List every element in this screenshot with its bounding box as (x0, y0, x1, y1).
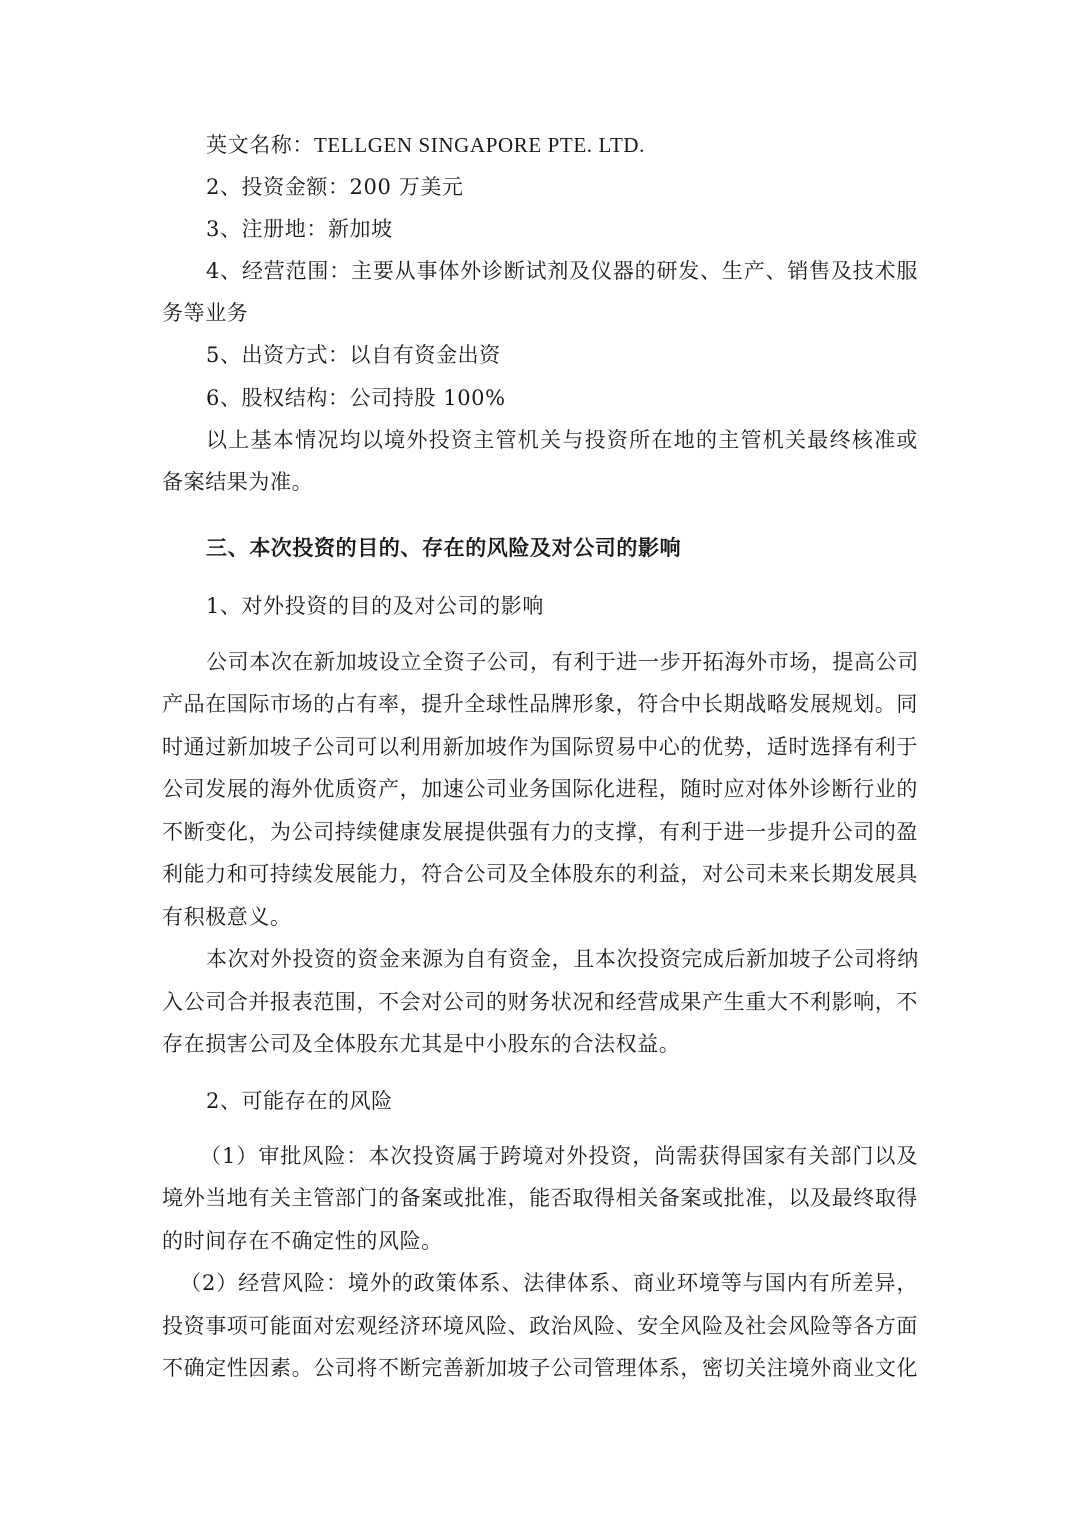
paragraph-line: 境外当地有关主管部门的备案或批准，能否取得相关备案或批准，以及最终取得 (162, 1184, 918, 1212)
document-page: 英文名称：TELLGEN SINGAPORE PTE. LTD. 2、投资金额：… (0, 0, 1080, 1527)
equity-structure-line: 6、股权结构：公司持股 100% (206, 384, 506, 412)
paragraph-line: 投资事项可能面对宏观经济环境风险、政治风险、安全风险及社会风险等各方面 (162, 1312, 918, 1340)
paragraph-line: 有积极意义。 (162, 903, 292, 931)
subsection-1-heading: 1、对外投资的目的及对公司的影响 (206, 592, 544, 620)
paragraph-line: 本次对外投资的资金来源为自有资金，且本次投资完成后新加坡子公司将纳 (206, 945, 918, 973)
section-3-heading: 三、本次投资的目的、存在的风险及对公司的影响 (206, 534, 681, 562)
approval-note-line-1: 以上基本情况均以境外投资主管机关与投资所在地的主管机关最终核准或 (206, 426, 918, 454)
paragraph-line: 利能力和可持续发展能力，符合公司及全体股东的利益，对公司未来长期发展具 (162, 860, 918, 888)
business-scope-line-2: 务等业务 (162, 299, 248, 327)
paragraph-line: 产品在国际市场的占有率，提升全球性品牌形象，符合中长期战略发展规划。同 (162, 690, 918, 718)
business-scope-line-1: 4、经营范围：主要从事体外诊断试剂及仪器的研发、生产、销售及技术服 (206, 257, 918, 285)
paragraph-line: 不断变化，为公司持续健康发展提供强有力的支撑，有利于进一步提升公司的盈 (162, 818, 918, 846)
registration-place-line: 3、注册地：新加坡 (206, 215, 393, 243)
paragraph-line: 公司本次在新加坡设立全资子公司，有利于进一步开拓海外市场，提高公司 (206, 648, 918, 676)
funding-method-line: 5、出资方式：以自有资金出资 (206, 341, 501, 369)
paragraph-line: 公司发展的海外优质资产，加速公司业务国际化进程，随时应对体外诊断行业的 (162, 775, 918, 803)
english-name-line: 英文名称：TELLGEN SINGAPORE PTE. LTD. (206, 131, 645, 159)
paragraph-line: 入公司合并报表范围，不会对公司的财务状况和经营成果产生重大不利影响，不 (162, 988, 918, 1016)
subsection-2-heading: 2、可能存在的风险 (206, 1087, 393, 1115)
paragraph-line: 的时间存在不确定性的风险。 (162, 1227, 443, 1255)
paragraph-line: （1）审批风险：本次投资属于跨境对外投资，尚需获得国家有关部门以及 (200, 1142, 918, 1170)
paragraph-line: 时通过新加坡子公司可以利用新加坡作为国际贸易中心的优势，适时选择有利于 (162, 733, 918, 761)
paragraph-line: （2）经营风险：境外的政策体系、法律体系、商业环境等与国内有所差异， (180, 1269, 918, 1297)
approval-note-line-2: 备案结果为准。 (162, 468, 313, 496)
paragraph-line: 不确定性因素。公司将不断完善新加坡子公司管理体系，密切关注境外商业文化 (162, 1354, 918, 1382)
paragraph-line: 存在损害公司及全体股东尤其是中小股东的合法权益。 (162, 1030, 680, 1058)
investment-amount-line: 2、投资金额：200 万美元 (206, 173, 464, 201)
